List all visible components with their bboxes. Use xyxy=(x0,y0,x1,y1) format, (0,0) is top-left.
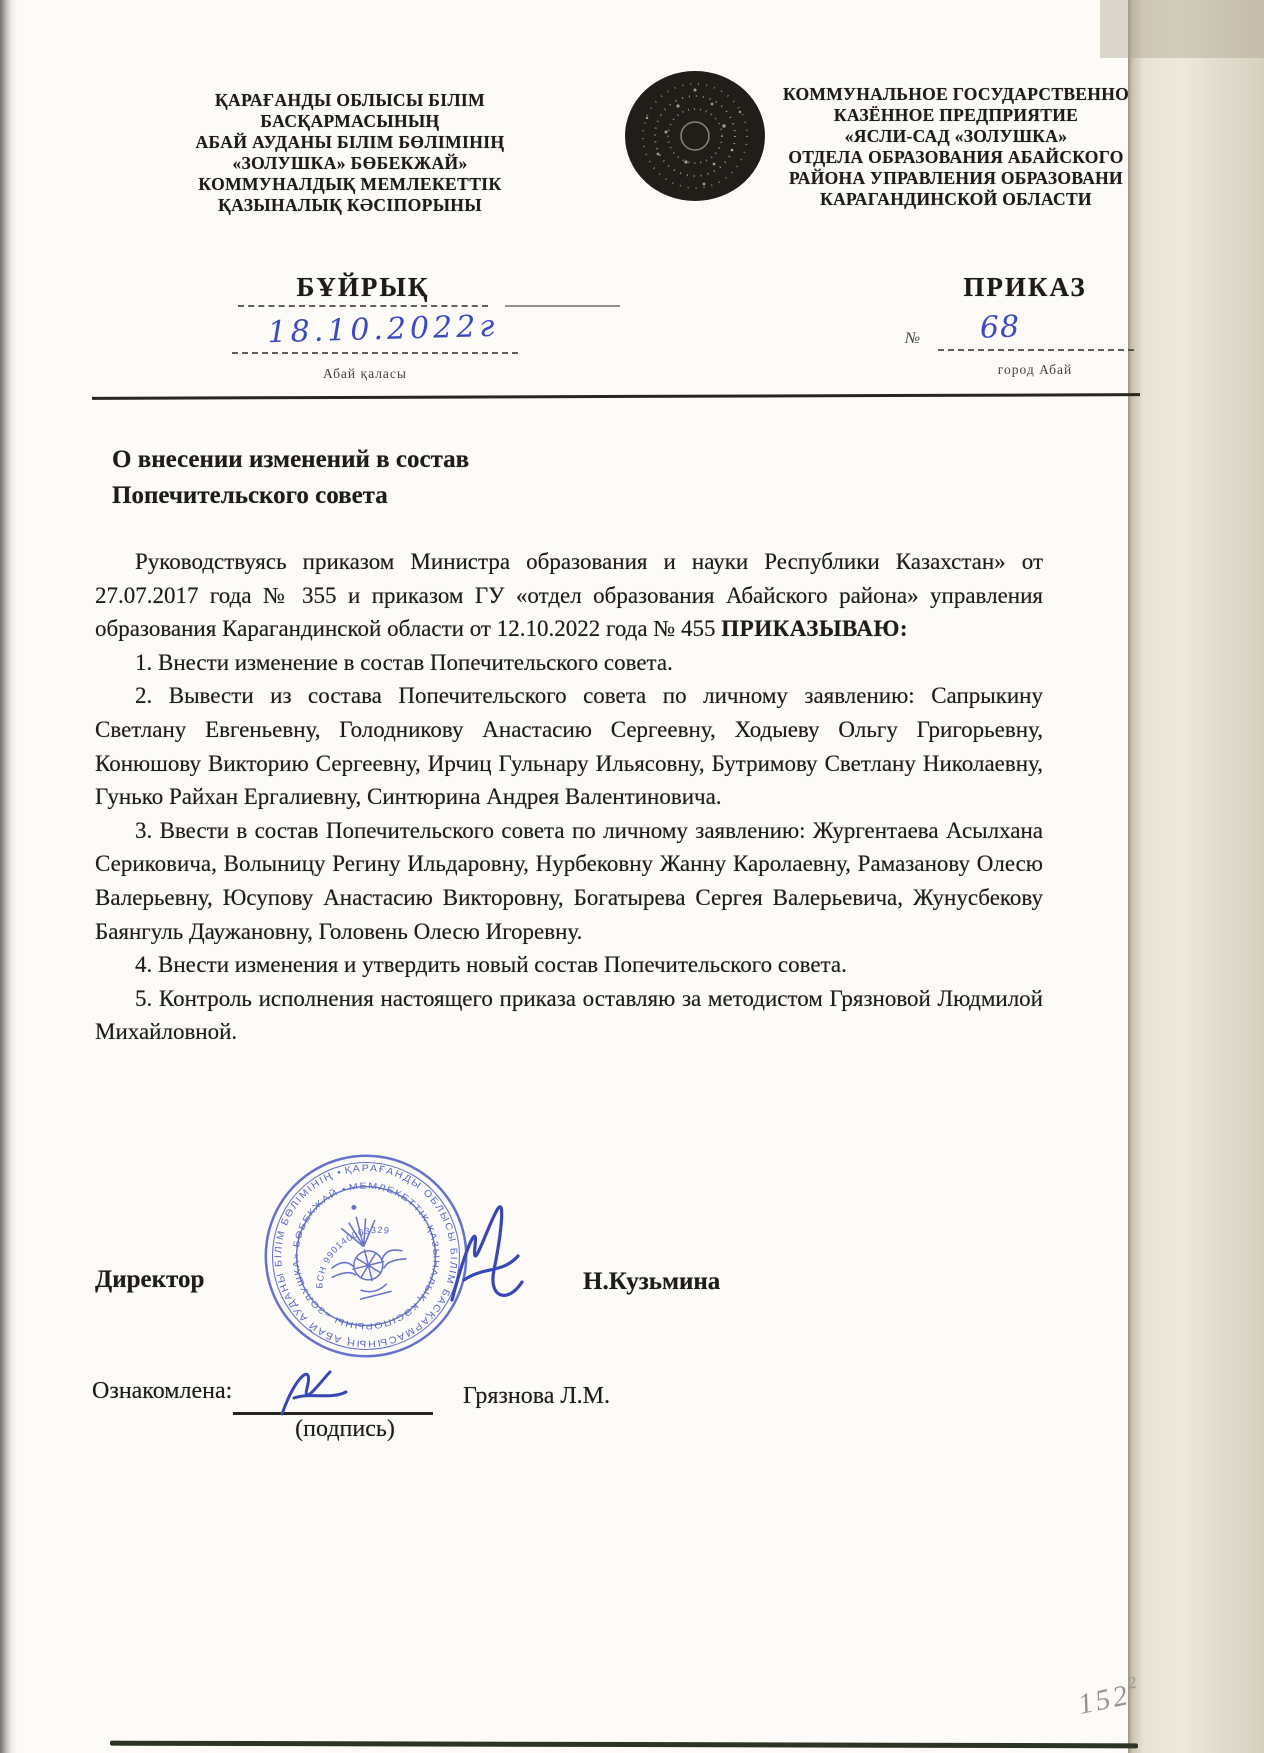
svg-text:БСН 990140003329: БСН 990140003329 xyxy=(303,1220,401,1291)
org-name-line: «ЗОЛУШКА» БӨБЕКЖАЙ» xyxy=(170,153,530,174)
order-item: 4. Внести изменения и утвердить новый со… xyxy=(95,948,1043,982)
org-name-line: БАСҚАРМАСЫНЫҢ xyxy=(170,111,530,132)
order-place-kazakh: Абай қаласы xyxy=(280,366,450,382)
order-item: 5. Контроль исполнения настоящего приказ… xyxy=(95,982,1043,1049)
left-page-shadow xyxy=(0,0,18,1753)
dotted-line xyxy=(505,305,620,307)
org-name-kazakh: ҚАРАҒАНДЫ ОБЛЫСЫ БІЛІМ БАСҚАРМАСЫНЫҢ АБА… xyxy=(170,90,530,216)
org-name-line: КОММУНАЛЬНОЕ ГОСУДАРСТВЕННО xyxy=(770,84,1142,105)
director-signature-stroke xyxy=(436,1188,536,1313)
intro-paragraph: Руководствуясь приказом Министра образов… xyxy=(95,545,1043,646)
acknowledged-label: Ознакомлена: xyxy=(92,1378,232,1405)
director-label: Директор xyxy=(95,1266,204,1294)
scan-margin-top-band xyxy=(1100,0,1264,58)
order-number-handwritten: 68 xyxy=(944,308,1055,347)
right-scan-margin xyxy=(1128,0,1264,1753)
order-date-handwritten: 18.10.2022г xyxy=(248,308,519,351)
org-name-line: ОТДЕЛА ОБРАЗОВАНИЯ АБАЙСКОГО xyxy=(770,147,1142,168)
national-emblem-icon xyxy=(620,66,770,208)
order-number-label: № xyxy=(905,330,920,348)
order-title-kazakh: БҰЙРЫҚ xyxy=(238,272,488,303)
org-name-line: ҚАРАҒАНДЫ ОБЛЫСЫ БІЛІМ xyxy=(170,90,530,111)
order-title-russian: ПРИКАЗ xyxy=(950,272,1100,303)
decree-keyword: ПРИКАЗЫВАЮ: xyxy=(721,616,908,641)
acknowledged-name: Грязнова Л.М. xyxy=(463,1383,610,1410)
page-number-value: 152 xyxy=(1075,1679,1133,1721)
subject-line: О внесении изменений в состав xyxy=(112,442,712,478)
order-place-russian: город Абай xyxy=(960,362,1110,378)
dotted-line xyxy=(232,352,518,354)
header-rule xyxy=(92,393,1140,400)
stamp-bsn-text: БСН 990140003329 xyxy=(303,1220,401,1291)
dotted-line xyxy=(938,349,1134,351)
subject-line: Попечительского совета xyxy=(112,478,712,514)
org-name-line: ҚАЗЫНАЛЫҚ КӘСІПОРЫНЫ xyxy=(170,195,530,216)
org-name-line: РАЙОНА УПРАВЛЕНИЯ ОБРАЗОВАНИ xyxy=(770,168,1142,189)
org-name-russian: КОММУНАЛЬНОЕ ГОСУДАРСТВЕННО КАЗЁННОЕ ПРЕ… xyxy=(770,84,1142,210)
order-item: 2. Вывести из состава Попечительского со… xyxy=(95,679,1043,813)
stamp-emblem-icon xyxy=(316,1196,413,1305)
director-name: Н.Кузьмина xyxy=(583,1268,720,1296)
org-name-line: КОММУНАЛДЫҚ МЕМЛЕКЕТТІК xyxy=(170,174,530,195)
org-name-line: «ЯСЛИ-САД «ЗОЛУШКА» xyxy=(770,126,1142,147)
scanned-order-document: ҚАРАҒАНДЫ ОБЛЫСЫ БІЛІМ БАСҚАРМАСЫНЫҢ АБА… xyxy=(0,0,1264,1753)
org-name-line: КАРАГАНДИНСКОЙ ОБЛАСТИ xyxy=(770,189,1142,210)
bottom-scan-line xyxy=(110,1741,1138,1749)
order-body: Руководствуясь приказом Министра образов… xyxy=(95,545,1043,1049)
order-item: 3. Ввести в состав Попечительского совет… xyxy=(95,814,1043,948)
org-name-line: АБАЙ АУДАНЫ БІЛІМ БӨЛІМІНІҢ xyxy=(170,132,530,153)
org-name-line: КАЗЁННОЕ ПРЕДПРИЯТИЕ xyxy=(770,105,1142,126)
order-item: 1. Внести изменение в состав Попечительс… xyxy=(95,646,1043,680)
order-subject: О внесении изменений в состав Попечитель… xyxy=(112,442,712,514)
signature-caption: (подпись) xyxy=(255,1416,435,1443)
dotted-line xyxy=(238,305,488,307)
